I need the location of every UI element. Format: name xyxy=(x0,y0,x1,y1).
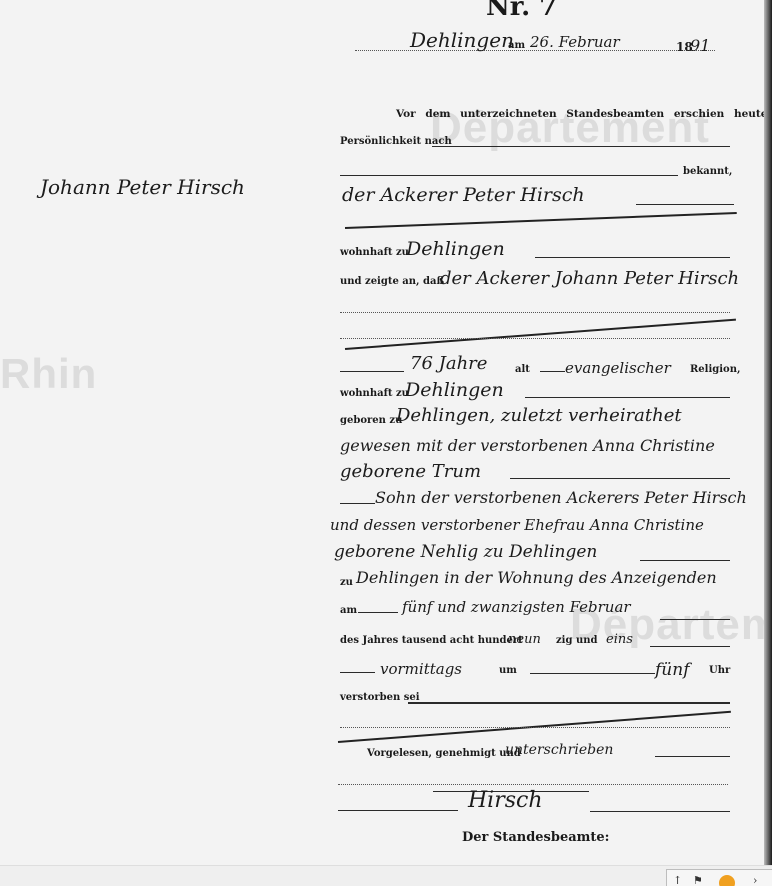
rule xyxy=(340,371,404,372)
rule xyxy=(540,371,565,372)
margin-note: Johann Peter Hirsch xyxy=(40,175,245,199)
rule xyxy=(408,702,730,704)
parents-line-1: Sohn der verstorbenen Ackerers Peter Hir… xyxy=(375,488,747,507)
rule xyxy=(510,478,730,479)
rule xyxy=(535,257,730,258)
geboren-label: geboren zu xyxy=(340,415,402,426)
parents-line-3: geborene Nehlig zu Dehlingen xyxy=(334,542,597,562)
place-value: Dehlingen xyxy=(410,28,514,52)
standesbeamte-label: Der Standesbeamte: xyxy=(462,830,609,845)
time-of-day: vormittags xyxy=(380,660,462,678)
rule xyxy=(530,673,655,674)
vorgelesen-label: Vorgelesen, genehmigt und xyxy=(367,748,521,759)
rule xyxy=(340,503,375,504)
zu-label: zu xyxy=(340,577,353,588)
annotation-icon[interactable] xyxy=(719,875,735,886)
rule xyxy=(640,560,730,561)
alt-label: alt xyxy=(515,364,530,375)
rule xyxy=(340,175,678,176)
age-value: 76 Jahre xyxy=(410,353,487,374)
scanned-document: Département Rhin Départemen Nr. 7 Dehlin… xyxy=(0,0,772,865)
deceased-name: der Ackerer Johann Peter Hirsch xyxy=(440,268,739,289)
year-suffix: 91 xyxy=(690,36,710,55)
religion-value: evangelischer xyxy=(565,359,671,377)
strike-line xyxy=(345,319,736,350)
day-month-value: 26. Februar xyxy=(530,33,620,51)
rule xyxy=(655,756,730,757)
deceased-residence: Dehlingen xyxy=(405,379,504,401)
viewer-toolbar: ↑ ⚑ › xyxy=(0,865,772,886)
wohnhaft-label: wohnhaft zu xyxy=(340,247,409,258)
religion-label: Religion, xyxy=(690,364,740,375)
signature: Hirsch xyxy=(468,788,543,813)
intro-line: Vor dem unterzeichneten Standesbeamten e… xyxy=(396,108,772,120)
rule xyxy=(340,312,730,313)
zig-und-label: zig und xyxy=(556,635,597,646)
rule xyxy=(358,612,398,613)
scan-edge xyxy=(764,0,772,865)
rule xyxy=(338,810,458,811)
hour-value: fünf xyxy=(655,660,689,680)
parents-line-2: und dessen verstorbener Ehefrau Anna Chr… xyxy=(330,516,704,534)
rule xyxy=(340,672,375,673)
flag-icon[interactable]: ⚑ xyxy=(693,874,703,886)
declarant-residence: Dehlingen xyxy=(406,238,505,260)
rule xyxy=(525,397,730,398)
uhr-label: Uhr xyxy=(709,665,730,676)
rule xyxy=(650,646,730,647)
year-unit: eins xyxy=(606,632,633,647)
cursor-icon[interactable]: ↑ xyxy=(673,874,682,886)
deceased-residence-label: wohnhaft zu xyxy=(340,388,409,399)
death-place: Dehlingen in der Wohnung des Anzeigenden xyxy=(356,568,717,587)
year-decade: neun xyxy=(508,632,541,647)
rule xyxy=(590,811,730,812)
rule xyxy=(340,338,730,339)
declarant-name: der Ackerer Peter Hirsch xyxy=(342,184,585,206)
am-label: am xyxy=(508,40,525,51)
am-label-2: am xyxy=(340,605,357,616)
watermark-rhin: Rhin xyxy=(0,350,97,398)
spouse-maiden-name: geborene Trum xyxy=(340,461,481,482)
viewer-tools: ↑ ⚑ › xyxy=(666,869,772,886)
vorgelesen-value: unterschrieben xyxy=(505,742,613,758)
birth-place-line: Dehlingen, zuletzt verheirathet xyxy=(396,405,682,426)
rule xyxy=(338,784,728,785)
um-label: um xyxy=(499,665,517,676)
rule xyxy=(432,146,730,147)
rule xyxy=(660,619,730,620)
death-day: fünf und zwanzigsten Februar xyxy=(402,598,631,616)
rule xyxy=(340,727,730,728)
more-icon[interactable]: › xyxy=(753,874,757,886)
und-zeigte-label: und zeigte an, daß xyxy=(340,276,444,287)
record-number: Nr. 7 xyxy=(486,0,557,22)
bekannt-label: bekannt, xyxy=(683,166,732,177)
spouse-line: gewesen mit der verstorbenen Anna Christ… xyxy=(340,436,715,455)
year-text-label: des Jahres tausend acht hundert xyxy=(340,635,523,646)
rule xyxy=(636,204,734,205)
strike-line xyxy=(345,212,737,229)
